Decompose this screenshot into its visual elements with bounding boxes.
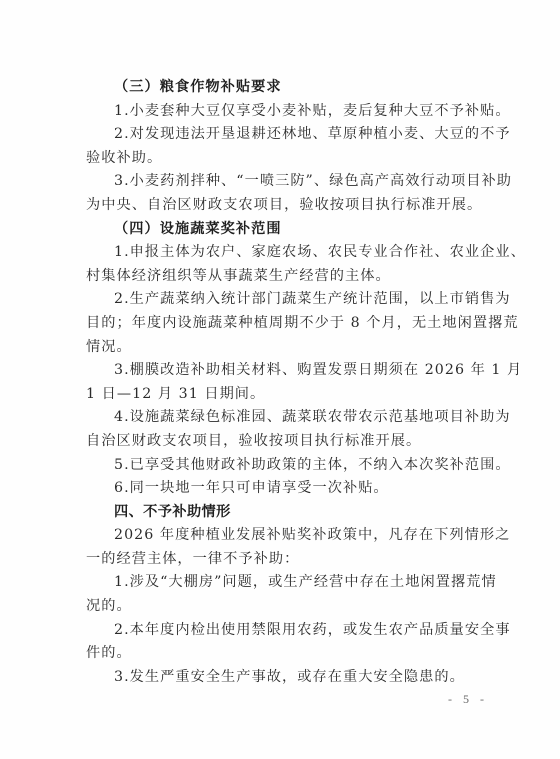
paragraph-line: 1 日—12 月 31 日期间。 (86, 383, 490, 407)
paragraph-line: 1.小麦套种大豆仅享受小麦补贴，麦后复种大豆不予补贴。 (86, 100, 490, 124)
paragraph-line: 1.申报主体为农户、家庭农场、农民专业合作社、农业企业、 (86, 241, 490, 265)
paragraph-line: 2.生产蔬菜纳入统计部门蔬菜生产统计范围，以上市销售为 (86, 288, 490, 312)
section-heading-not-eligible: 四、不予补助情形 (86, 501, 490, 525)
paragraph-line: 况的。 (86, 595, 490, 619)
paragraph-line: 2.对发现违法开垦退耕还林地、草原种植小麦、大豆的不予 (86, 123, 490, 147)
document-page: （三）粮食作物补贴要求 1.小麦套种大豆仅享受小麦补贴，麦后复种大豆不予补贴。 … (0, 0, 560, 759)
paragraph-line: 村集体经济组织等从事蔬菜生产经营的主体。 (86, 265, 490, 289)
paragraph-line: 件的。 (86, 642, 490, 666)
paragraph-line: 3.发生严重安全生产事故，或存在重大安全隐患的。 (86, 666, 490, 690)
paragraph-line: 3.小麦药剂拌种、“一喷三防”、绿色高产高效行动项目补助 (86, 170, 490, 194)
section-heading-grain-subsidy: （三）粮食作物补贴要求 (86, 76, 490, 100)
paragraph-line: 1.涉及“大棚房”问题，或生产经营中存在土地闲置撂荒情 (86, 571, 490, 595)
paragraph-line: 情况。 (86, 336, 490, 360)
paragraph-line: 6.同一块地一年只可申请享受一次补贴。 (86, 477, 490, 501)
document-body: （三）粮食作物补贴要求 1.小麦套种大豆仅享受小麦补贴，麦后复种大豆不予补贴。 … (86, 76, 490, 689)
paragraph-line: 3.棚膜改造补助相关材料、购置发票日期须在 2026 年 1 月 (86, 359, 490, 383)
paragraph-line: 2026 年度种植业发展补贴奖补政策中，凡存在下列情形之 (86, 524, 490, 548)
paragraph-line: 验收补助。 (86, 147, 490, 171)
paragraph-line: 一的经营主体，一律不予补助： (86, 548, 490, 572)
paragraph-line: 为中央、自治区财政支农项目，验收按项目执行标准开展。 (86, 194, 490, 218)
paragraph-line: 4.设施蔬菜绿色标准园、蔬菜联农带农示范基地项目补助为 (86, 406, 490, 430)
paragraph-line: 目的；年度内设施蔬菜种植周期不少于 8 个月，无土地闲置撂荒 (86, 312, 490, 336)
section-heading-vegetable-scope: （四）设施蔬菜奖补范围 (86, 218, 490, 242)
paragraph-line: 5.已享受其他财政补助政策的主体，不纳入本次奖补范围。 (86, 454, 490, 478)
page-number: - 5 - (448, 692, 488, 707)
paragraph-line: 2.本年度内检出使用禁限用农药，或发生农产品质量安全事 (86, 619, 490, 643)
paragraph-line: 自治区财政支农项目，验收按项目执行标准开展。 (86, 430, 490, 454)
